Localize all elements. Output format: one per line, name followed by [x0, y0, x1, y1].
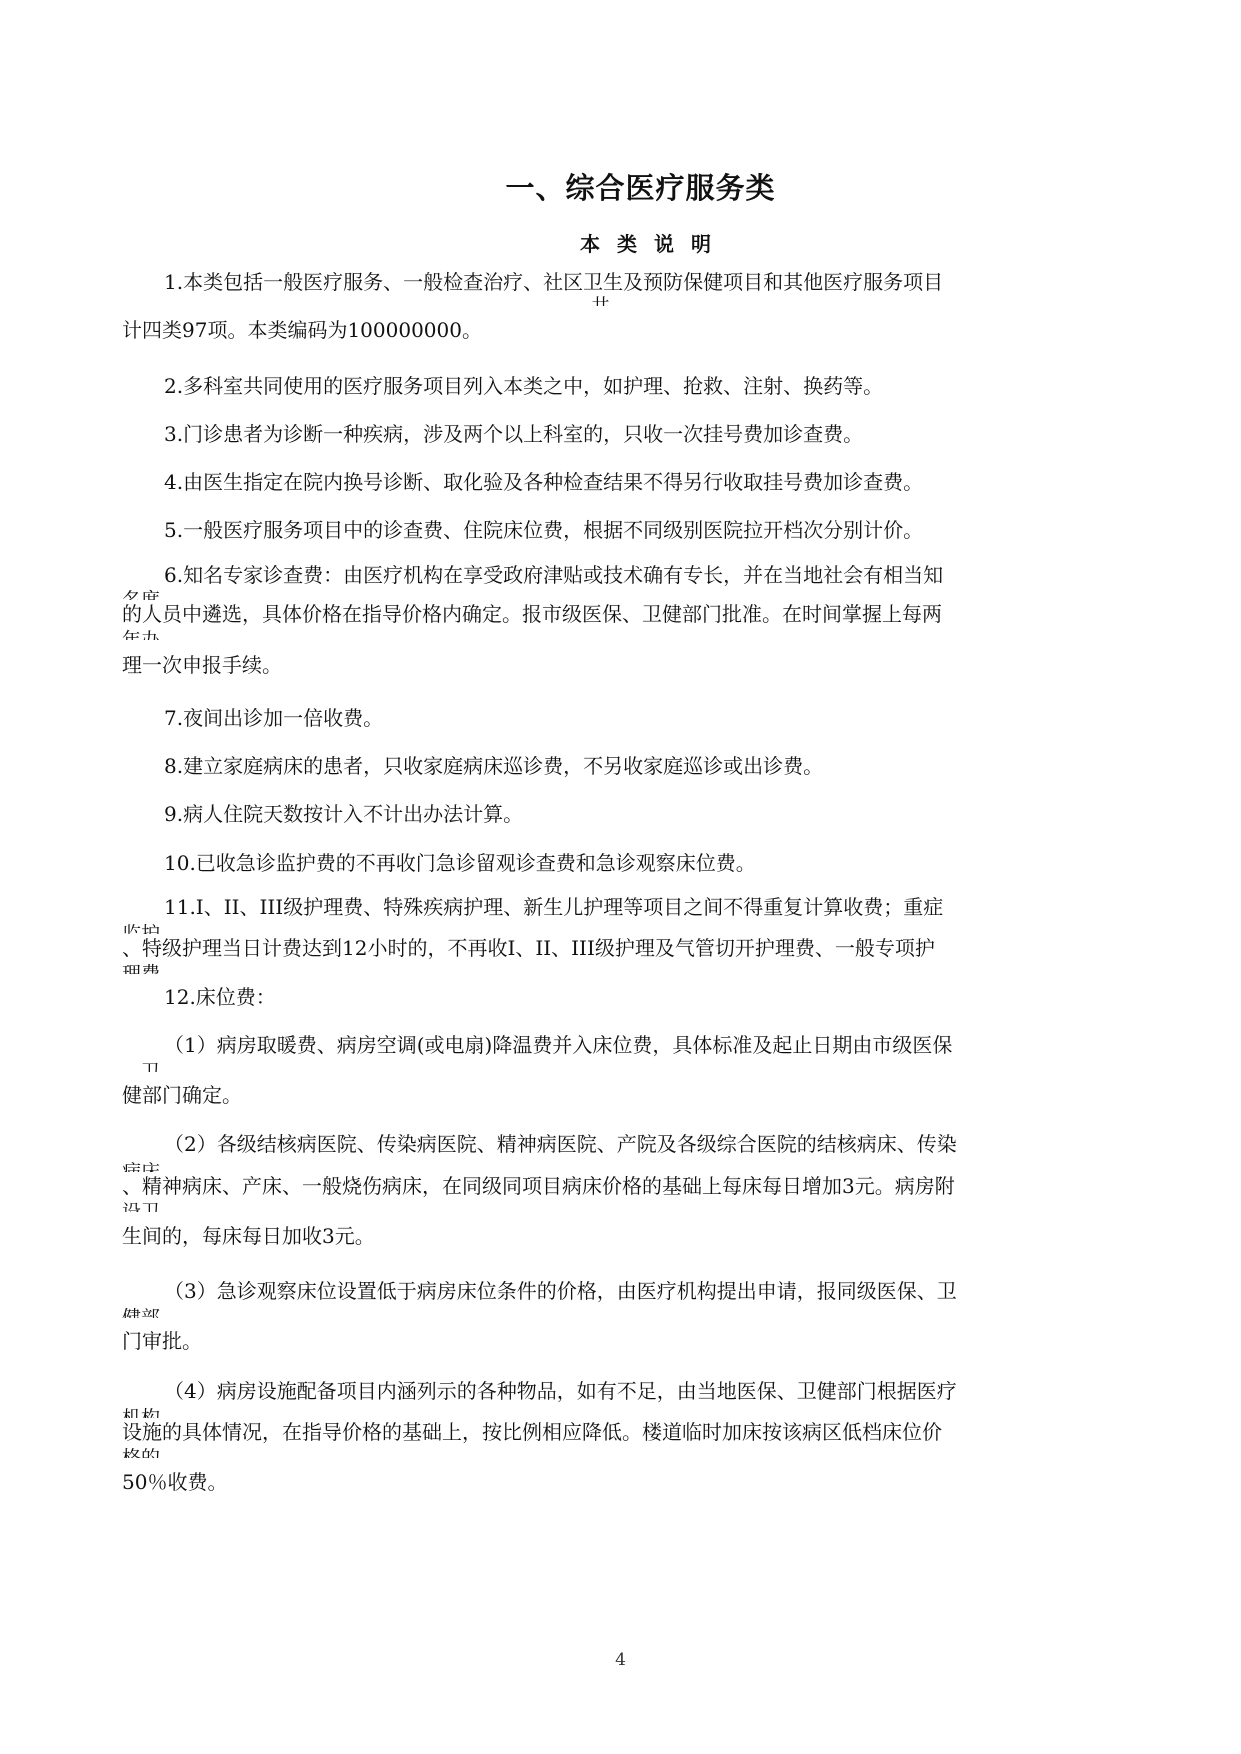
- paragraph-line: 9.病人住院天数按计入不计出办法计算。: [164, 802, 523, 826]
- subtitle-char: 说: [654, 232, 674, 256]
- clipped-line-fragment: 设卫: [122, 1200, 160, 1212]
- paragraph-line: （2）各级结核病医院、传染病医院、精神病医院、产院及各级综合医院的结核病床、传染: [164, 1132, 957, 1156]
- clipped-line-fragment: 、卫: [122, 1060, 160, 1072]
- paragraph-line: 8.建立家庭病床的患者，只收家庭病床巡诊费，不另收家庭巡诊或出诊费。: [164, 754, 823, 778]
- paragraph-line: 的人员中遴选，具体价格在指导价格内确定。报市级医保、卫健部门批准。在时间掌握上每…: [122, 602, 942, 626]
- paragraph-line: 、特级护理当日计费达到12小时的，不再收I、II、III级护理及气管切开护理费、…: [122, 936, 935, 960]
- clipped-line-fragment: ．共: [572, 294, 610, 306]
- paragraph-line: 1.本类包括一般医疗服务、一般检查治疗、社区卫生及预防保健项目和其他医疗服务项目: [164, 270, 943, 294]
- paragraph-line: 11.I、II、III级护理费、特殊疾病护理、新生儿护理等项目之间不得重复计算收…: [164, 895, 943, 919]
- subtitle-char: 明: [691, 232, 711, 256]
- paragraph-line: 生间的，每床每日加收3元。: [122, 1224, 375, 1248]
- paragraph-line: 10.已收急诊监护费的不再收门急诊留观诊查费和急诊观察床位费。: [164, 851, 756, 875]
- paragraph-line: 5.一般医疗服务项目中的诊查费、住院床位费，根据不同级别医院拉开档次分别计价。: [164, 518, 923, 542]
- paragraph-line: 50％收费。: [122, 1470, 227, 1494]
- clipped-line-fragment: 健部: [122, 1306, 160, 1318]
- page-number: 4: [0, 1650, 1241, 1670]
- paragraph-line: （1）病房取暖费、病房空调(或电扇)降温费并入床位费，具体标准及起止日期由市级医…: [164, 1033, 952, 1057]
- paragraph-line: 计四类97项。本类编码为100000000。: [122, 318, 482, 342]
- document-page: 一、综合医疗服务类 本 类 说 明 1.本类包括一般医疗服务、一般检查治疗、社区…: [0, 0, 1241, 1754]
- paragraph-line: 4.由医生指定在院内换号诊断、取化验及各种检查结果不得另行收取挂号费加诊查费。: [164, 470, 923, 494]
- section-subtitle: 本 类 说 明: [0, 228, 1241, 257]
- clipped-line-fragment: 格的: [122, 1446, 160, 1458]
- clipped-line-fragment: 机构: [122, 1406, 160, 1418]
- paragraph-line: 2.多科室共同使用的医疗服务项目列入本类之中，如护理、抢救、注射、换药等。: [164, 374, 883, 398]
- clipped-line-fragment: 名度: [122, 588, 160, 600]
- paragraph-line: 理一次申报手续。: [122, 653, 282, 677]
- paragraph-line: （4）病房设施配备项目内涵列示的各种物品，如有不足，由当地医保、卫健部门根据医疗: [164, 1379, 957, 1403]
- subtitle-char: 本: [580, 232, 600, 256]
- paragraph-line: 3.门诊患者为诊断一种疾病，涉及两个以上科室的，只收一次挂号费加诊查费。: [164, 422, 863, 446]
- paragraph-line: 、精神病床、产床、一般烧伤病床，在同级同项目病床价格的基础上每床每日增加3元。病…: [122, 1174, 955, 1198]
- paragraph-line: 12.床位费：: [164, 985, 276, 1009]
- clipped-line-fragment: 年办: [122, 628, 160, 640]
- paragraph-line: 7.夜间出诊加一倍收费。: [164, 706, 383, 730]
- subtitle-char: 类: [617, 232, 637, 256]
- clipped-line-fragment: 病床: [122, 1160, 160, 1172]
- paragraph-line: 健部门确定。: [122, 1083, 242, 1107]
- section-title: 一、综合医疗服务类: [0, 166, 1241, 207]
- clipped-line-fragment: 监护: [122, 922, 160, 934]
- paragraph-line: （3）急诊观察床位设置低于病房床位条件的价格，由医疗机构提出申请，报同级医保、卫: [164, 1279, 957, 1303]
- paragraph-line: 设施的具体情况，在指导价格的基础上，按比例相应降低。楼道临时加床按该病区低档床位…: [122, 1420, 942, 1444]
- paragraph-line: 6.知名专家诊查费：由医疗机构在享受政府津贴或技术确有专长，并在当地社会有相当知: [164, 563, 943, 587]
- clipped-line-fragment: 理费: [122, 962, 160, 974]
- paragraph-line: 门审批。: [122, 1329, 202, 1353]
